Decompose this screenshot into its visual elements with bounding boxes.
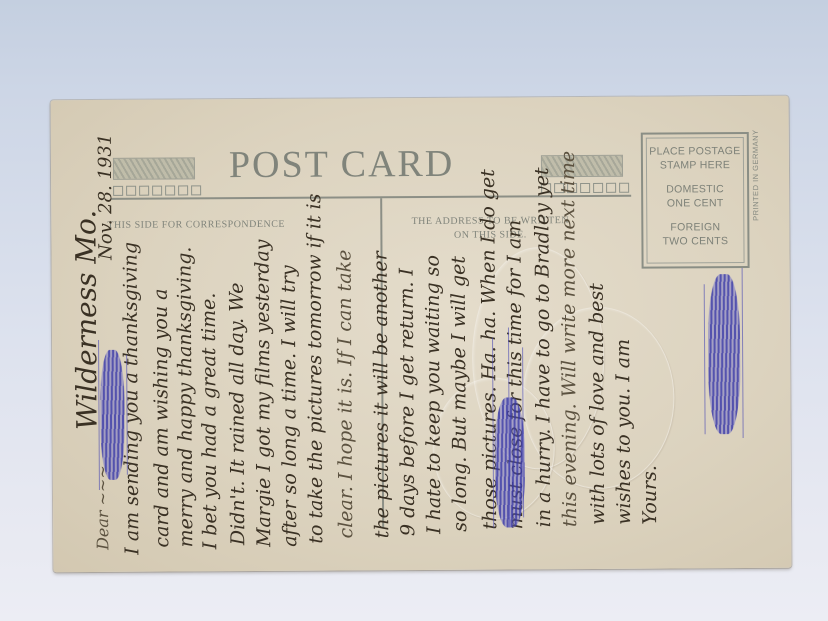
- stamp-line-6: TWO CENTS: [643, 234, 747, 249]
- handwriting-line-3: merry and happy thanksgiving.: [173, 247, 197, 548]
- handwriting-line-12: I hate to keep you waiting so: [422, 255, 446, 534]
- stamp-line-3: DOMESTIC: [643, 182, 747, 197]
- scribble-stroke: [742, 268, 744, 438]
- stamp-box: PLACE POSTAGE STAMP HERE DOMESTIC ONE CE…: [641, 132, 750, 269]
- handwriting-line-4: I bet you had a great time.: [198, 293, 222, 550]
- handwriting-line-17: this evening. Will write more next time: [557, 151, 581, 527]
- handwriting-line-8: to take the pictures tomorrow if it is: [303, 194, 327, 544]
- blue-scribble-greeting: [100, 350, 125, 480]
- handwriting-line-20: Yours.: [639, 465, 661, 525]
- handwriting-line-7: after so long a time. I will try: [278, 265, 302, 547]
- right-ornament-boxes: [541, 183, 629, 194]
- left-ornament-boxes: [113, 185, 201, 196]
- handwriting-line-18: with lots of love and best: [586, 283, 609, 525]
- blue-scribble-signature: [708, 274, 741, 434]
- handwritten-date: Nov. 28. 1931: [95, 134, 117, 260]
- stamp-box-text: PLACE POSTAGE STAMP HERE DOMESTIC ONE CE…: [643, 144, 748, 249]
- handwriting-line-16: in a hurry. I have to go to Bradley yet: [531, 167, 555, 527]
- stamp-line-4: ONE CENT: [643, 196, 747, 211]
- right-laurel-ornament: [541, 155, 623, 178]
- postcard-title: POST CARD: [229, 142, 455, 187]
- scribble-stroke: [704, 284, 706, 434]
- handwriting-line-19: wishes to you. I am: [612, 339, 635, 525]
- handwriting-line-13: so long. But maybe I will get: [448, 256, 472, 532]
- stamp-line-2: STAMP HERE: [643, 158, 747, 173]
- postcard: POST CARD THIS SIDE FOR CORRESPONDENCE T…: [51, 96, 792, 572]
- printed-in-germany: PRINTED IN GERMANY: [751, 129, 761, 221]
- stamp-line-1: PLACE POSTAGE: [643, 144, 747, 159]
- handwriting-line-10: the pictures it will be another: [369, 251, 393, 538]
- handwriting-line-5: Didn't. It rained all day. We: [226, 283, 250, 546]
- handwriting-line-6: Margie I got my films yesterday: [251, 239, 275, 547]
- correspondence-label: THIS SIDE FOR CORRESPONDENCE: [107, 219, 285, 231]
- handwriting-line-2: card and am wishing you a: [150, 288, 174, 547]
- left-laurel-ornament: [113, 157, 195, 180]
- stamp-line-5: FOREIGN: [643, 220, 747, 235]
- handwriting-line-9: clear. I hope it is. If I can take: [333, 250, 357, 539]
- handwriting-line-11: 9 days before I get return. I: [396, 268, 420, 536]
